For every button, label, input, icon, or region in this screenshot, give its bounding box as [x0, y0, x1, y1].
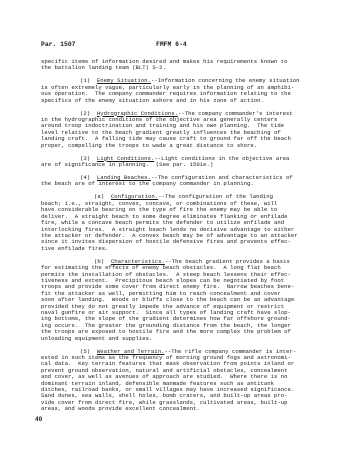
document-body: specific items of information desired an… — [41, 59, 311, 419]
text-line: specifics of the enemy situation ashore … — [41, 98, 311, 104]
text-line: tive enfilade fires. — [41, 246, 311, 252]
text-line: unloading equipment and supplies. — [41, 336, 311, 342]
section-light-conditions: (3) Light Conditions.--Light conditions … — [41, 156, 311, 169]
section-hydrographic-conditions: (2) Hydrographic Conditions.--The compan… — [41, 111, 311, 149]
text-line: areas, and woods provide excellent conce… — [41, 406, 311, 412]
text-line: are of significance in planning. (See pa… — [41, 162, 311, 168]
paragraph-reference: Par. 1507 — [41, 41, 76, 48]
page-header: Par. 1507 FMFM 6-4 — [41, 41, 301, 51]
text-line: proper, compelling the troops to wade a … — [41, 143, 311, 149]
document-page: Par. 1507 FMFM 6-4 specific items of inf… — [0, 0, 360, 467]
publication-id: FMFM 6-4 — [156, 41, 187, 48]
page-number: 40 — [35, 416, 42, 423]
text-line: the battalion landing team (BLT) S-2. — [41, 65, 311, 71]
section-landing-beaches: (4) Landing Beaches.--The configuration … — [41, 175, 311, 188]
subsection-configuration: (a) Configuration.--The configuration of… — [41, 194, 311, 252]
section-weather-and-terrain: (5) Weather and Terrain.--The rifle comp… — [41, 349, 311, 413]
subsection-characteristics: (b) Characteristics.--The beach gradient… — [41, 259, 311, 342]
section-enemy-situation: (1) Enemy Situation.--Information concer… — [41, 78, 311, 104]
text-line: the beach are of interest to the company… — [41, 181, 311, 187]
intro-paragraph: specific items of information desired an… — [41, 59, 311, 72]
